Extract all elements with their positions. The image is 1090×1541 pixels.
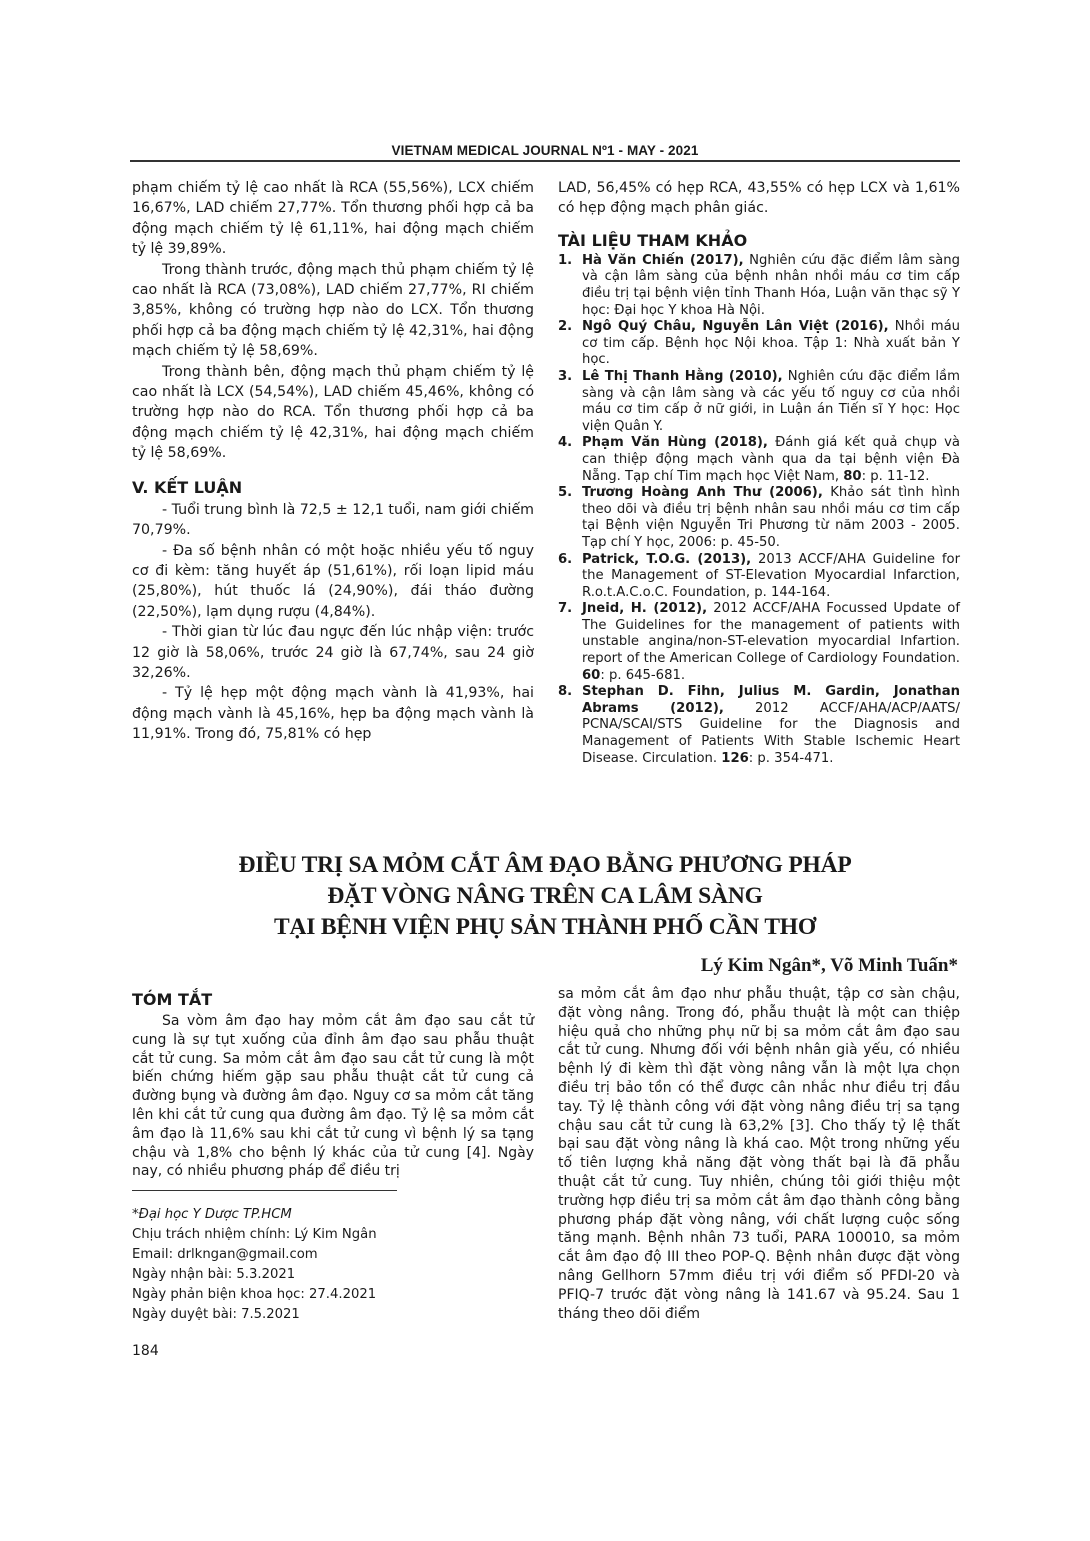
article-title: ĐIỀU TRỊ SA MỎM CẮT ÂM ĐẠO BẰNG PHƯƠNG P…: [130, 850, 960, 943]
email: Email: drlkngan@gmail.com: [132, 1245, 532, 1265]
abstract-right-column: sa mỏm cắt âm đạo như phẫu thuật, tập cơ…: [558, 985, 960, 1323]
footnote-rule: [132, 1190, 397, 1191]
reference-item: 6.Patrick, T.O.G. (2013), 2013 ACCF/AHA …: [558, 552, 960, 602]
reference-number: 7.: [558, 601, 572, 618]
article-authors: Lý Kim Ngân*, Võ Minh Tuấn*: [701, 955, 958, 977]
conclusion-item: - Tuổi trung bình là 72,5 ± 12,1 tuổi, n…: [132, 500, 534, 541]
body-paragraph: Trong thành trước, động mạch thủ phạm ch…: [132, 260, 534, 362]
conclusion-heading: V. KẾT LUẬN: [132, 478, 534, 498]
reference-authors: Hà Văn Chiến (2017),: [582, 253, 744, 268]
references-heading: TÀI LIỆU THAM KHẢO: [558, 231, 960, 251]
conclusion-item: - Thời gian từ lúc đau ngực đến lúc nhập…: [132, 622, 534, 683]
reference-item: 3.Lê Thị Thanh Hằng (2010), Nghiên cứu đ…: [558, 369, 960, 435]
reference-number: 2.: [558, 319, 572, 336]
review-date: Ngày phản biện khoa học: 27.4.2021: [132, 1285, 532, 1305]
reference-pages: : p. 645-681.: [600, 668, 685, 683]
approval-date: Ngày duyệt bài: 7.5.2021: [132, 1305, 532, 1325]
reference-item: 8.Stephan D. Fihn, Julius M. Gardin, Jon…: [558, 684, 960, 767]
body-paragraph: phạm chiếm tỷ lệ cao nhất là RCA (55,56%…: [132, 178, 534, 260]
body-paragraph: Trong thành bên, động mạch thủ phạm chiế…: [132, 362, 534, 464]
affiliation: *Đại học Y Dược TP.HCM: [132, 1205, 532, 1225]
reference-volume: 126: [721, 751, 749, 766]
footnotes: *Đại học Y Dược TP.HCM Chịu trách nhiệm …: [132, 1205, 532, 1325]
abstract-text: sa mỏm cắt âm đạo như phẫu thuật, tập cơ…: [558, 985, 960, 1323]
reference-item: 1.Hà Văn Chiến (2017), Nghiên cứu đặc đi…: [558, 253, 960, 319]
body-paragraph: LAD, 56,45% có hẹp RCA, 43,55% có hẹp LC…: [558, 178, 960, 219]
responsible-author: Chịu trách nhiệm chính: Lý Kim Ngân: [132, 1225, 532, 1245]
received-date: Ngày nhận bài: 5.3.2021: [132, 1265, 532, 1285]
reference-number: 6.: [558, 552, 572, 569]
reference-list: 1.Hà Văn Chiến (2017), Nghiên cứu đặc đi…: [558, 253, 960, 767]
reference-volume: 60: [582, 668, 600, 683]
conclusion-item: - Tỷ lệ hẹp một động mạch vành là 41,93%…: [132, 683, 534, 744]
reference-pages: : p. 11-12.: [862, 469, 930, 484]
abstract-text: Sa vòm âm đạo hay mỏm cắt âm đạo sau cắt…: [132, 1012, 534, 1181]
reference-item: 7.Jneid, H. (2012), 2012 ACCF/AHA Focuss…: [558, 601, 960, 684]
reference-authors: Patrick, T.O.G. (2013),: [582, 552, 751, 567]
reference-volume: 80: [843, 469, 861, 484]
reference-authors: Phạm Văn Hùng (2018),: [582, 435, 768, 450]
conclusion-item: - Đa số bệnh nhân có một hoặc nhiều yếu …: [132, 541, 534, 623]
reference-pages: : p. 354-471.: [749, 751, 834, 766]
page-number: 184: [132, 1343, 159, 1359]
prev-article-left-column: phạm chiếm tỷ lệ cao nhất là RCA (55,56%…: [132, 178, 534, 745]
reference-number: 5.: [558, 485, 572, 502]
running-head: VIETNAM MEDICAL JOURNAL Nº1 - MAY - 2021: [130, 143, 960, 158]
header-rule: [130, 160, 960, 162]
title-line: ĐẶT VÒNG NÂNG TRÊN CA LÂM SÀNG: [130, 881, 960, 912]
reference-number: 1.: [558, 253, 572, 270]
reference-authors: Trương Hoàng Anh Thư (2006),: [582, 485, 823, 500]
title-line: TẠI BỆNH VIỆN PHỤ SẢN THÀNH PHỐ CẦN THƠ: [130, 912, 960, 943]
reference-authors: Lê Thị Thanh Hằng (2010),: [582, 369, 783, 384]
prev-article-right-column: LAD, 56,45% có hẹp RCA, 43,55% có hẹp LC…: [558, 178, 960, 767]
title-line: ĐIỀU TRỊ SA MỎM CẮT ÂM ĐẠO BẰNG PHƯƠNG P…: [130, 850, 960, 881]
reference-item: 5.Trương Hoàng Anh Thư (2006), Khảo sát …: [558, 485, 960, 551]
reference-item: 4.Phạm Văn Hùng (2018), Đánh giá kết quả…: [558, 435, 960, 485]
abstract-heading: TÓM TẮT: [132, 990, 534, 1010]
reference-authors: Ngô Quý Châu, Nguyễn Lân Việt (2016),: [582, 319, 889, 334]
reference-number: 4.: [558, 435, 572, 452]
abstract-left-column: TÓM TẮT Sa vòm âm đạo hay mỏm cắt âm đạo…: [132, 990, 534, 1181]
reference-number: 8.: [558, 684, 572, 701]
reference-number: 3.: [558, 369, 572, 386]
reference-authors: Jneid, H. (2012),: [582, 601, 707, 616]
reference-item: 2.Ngô Quý Châu, Nguyễn Lân Việt (2016), …: [558, 319, 960, 369]
